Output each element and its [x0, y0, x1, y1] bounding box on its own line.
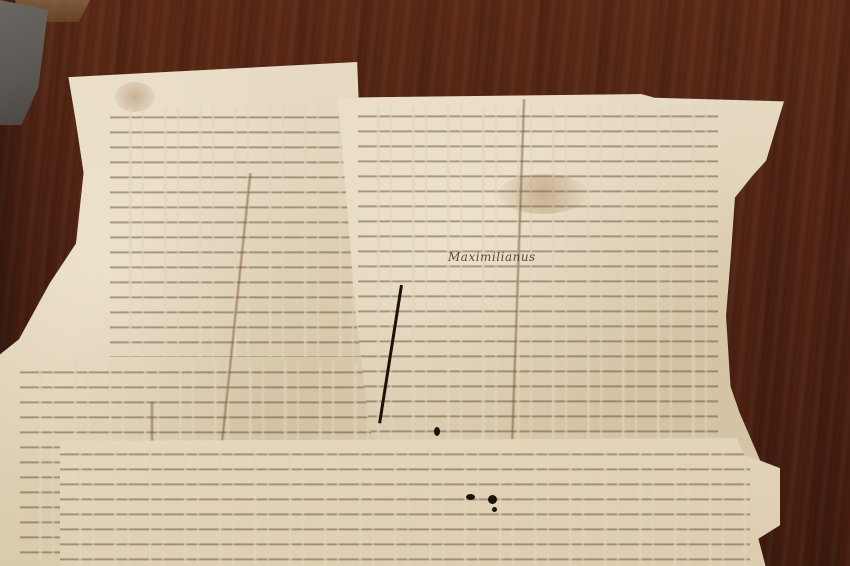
legible-word-maximilianus: Maximilianus: [448, 250, 536, 264]
parchment-right-sheet: Maximilianus: [338, 94, 784, 464]
water-stain: [498, 174, 588, 214]
parchment-bottom-sheet: Sacrum Romanorum: [60, 430, 780, 566]
ink-blot: [434, 427, 440, 436]
ink-blot: [492, 507, 497, 512]
ink-blot: [488, 495, 497, 504]
ink-blot: [466, 494, 475, 500]
handwritten-text-block: [358, 106, 718, 451]
